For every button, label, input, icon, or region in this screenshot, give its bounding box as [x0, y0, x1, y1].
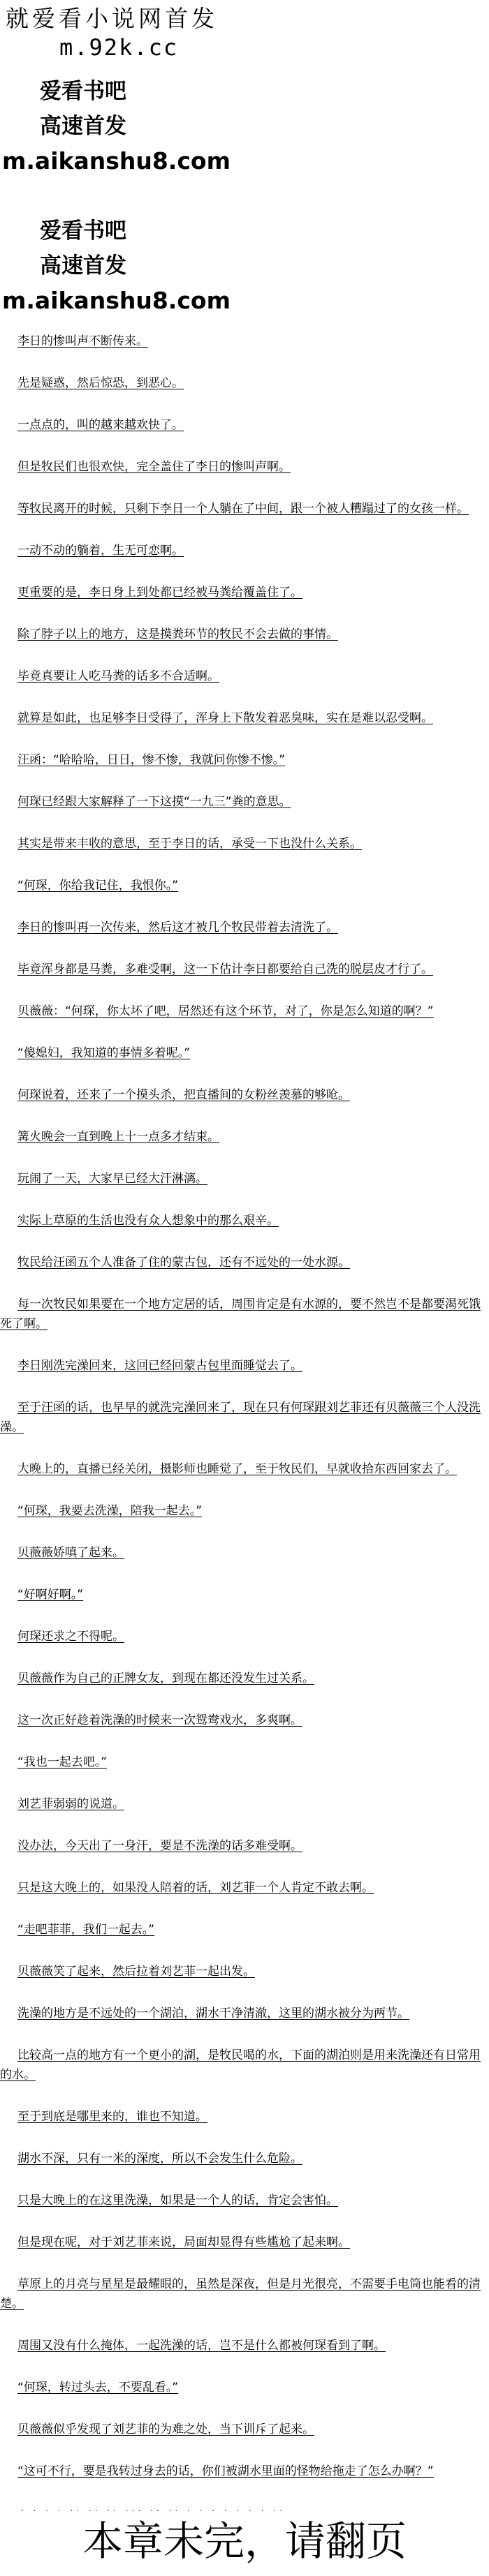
novel-paragraph: 没办法，今天出了一身汗，要是不洗澡的话多难受啊。 — [0, 1836, 489, 1856]
novel-paragraph: 只是这大晚上的，如果没人陪着的话，刘艺菲一个人肯定不敢去啊。 — [0, 1878, 489, 1898]
novel-paragraph: 先是疑惑，然后惊恐，到恶心。 — [0, 373, 489, 393]
novel-paragraph: 毕竟浑身都是马粪，多难受啊，这一下估计李日都要给自己洗的脱层皮才行了。 — [0, 960, 489, 979]
novel-paragraph: 贝薇薇娇嗔了起来。 — [0, 1543, 489, 1563]
novel-paragraph: 一点点的，叫的越来越欢快了。 — [0, 415, 489, 435]
novel-paragraph: 贝薇薇似乎发现了刘艺菲的为难之处，当下训斥了起来。 — [0, 2420, 489, 2439]
novel-paragraph: 贝薇薇：“何琛，你太坏了吧，居然还有这个环节，对了，你是怎么知道的啊？” — [0, 1002, 489, 1021]
novel-paragraph: 只是大晚上的在这里洗澡，如果是一个人的话，肯定会害怕。 — [0, 2191, 489, 2210]
novel-paragraph: “何琛，转过头去，不要乱看。” — [0, 2378, 489, 2397]
novel-paragraph: 汪函：“哈哈哈，日日，惨不惨，我就问你惨不惨。” — [0, 750, 489, 770]
novel-paragraph: 其实是带来丰收的意思，至于李日的话，承受一下也没什么关系。 — [0, 834, 489, 854]
novel-paragraph: “好啊好啊。” — [0, 1585, 489, 1605]
novel-paragraph: 贝薇薇作为自己的正牌女友，到现在都还没发生过关系。 — [0, 1669, 489, 1688]
novel-paragraph: 更重要的是，李日身上到处都已经被马粪给覆盖住了。 — [0, 583, 489, 602]
promo-url: m.aikanshu8.com — [2, 148, 489, 174]
novel-paragraph: 但是现在呢，对于刘艺菲来说，局面却显得有些尴尬了起来啊。 — [0, 2233, 489, 2252]
novel-paragraph: 但是牧民们也很欢快，完全盖住了李日的惨叫声啊。 — [0, 457, 489, 477]
promo-block-2: 爱看书吧 高速首发 m.aikanshu8.com — [0, 218, 489, 314]
novel-page: 就爱看小说网首发 m.92k.cc 爱看书吧 高速首发 m.aikanshu8.… — [0, 0, 489, 2576]
novel-paragraph: 李日的惨叫声不断传来。 — [0, 332, 489, 351]
promo-block-1: 爱看书吧 高速首发 m.aikanshu8.com — [0, 78, 489, 174]
novel-paragraph: 毕竟真要让人吃马粪的话多不合适啊。 — [0, 667, 489, 686]
site-watermark-url: m.92k.cc — [59, 33, 489, 61]
novel-paragraph: “何琛，你给我记住，我恨你。” — [0, 876, 489, 895]
novel-paragraph: “这可不行，要是我转过身去的话，你们被湖水里面的怪物给拖走了怎么办啊？” — [0, 2462, 489, 2481]
dotted-separator: . . . . .. .. .. ... .. .. . . . . . . .… — [21, 2503, 489, 2513]
novel-paragraph: 大晚上的，直播已经关闭，摄影师也睡觉了，至于牧民们，早就收拾东西回家去了。 — [0, 1459, 489, 1479]
promo-tagline: 高速首发 — [40, 253, 489, 279]
novel-paragraph: 至于到底是哪里来的，谁也不知道。 — [0, 2107, 489, 2127]
novel-paragraph: “傻媳妇，我知道的事情多着呢。” — [0, 1043, 489, 1063]
novel-paragraph: 李日刚洗完澡回来，这回已经回蒙古包里面睡觉去了。 — [0, 1356, 489, 1376]
novel-paragraph: “走吧菲菲，我们一起去。” — [0, 1920, 489, 1940]
novel-paragraph: 等牧民离开的时候，只剩下李日一个人躺在了中间，跟一个被人糟蹋过了的女孩一样。 — [0, 499, 489, 519]
promo-tagline: 高速首发 — [40, 113, 489, 140]
novel-paragraph: 草原上的月亮与星星是最耀眼的，虽然是深夜，但是月光很亮，不需要手电筒也能看的清楚… — [0, 2275, 489, 2314]
novel-paragraph: “何琛，我要去洗澡，陪我一起去。” — [0, 1501, 489, 1521]
promo-site-name: 爱看书吧 — [40, 78, 489, 105]
novel-paragraph: 何琛还求之不得呢。 — [0, 1627, 489, 1646]
novel-paragraph: 这一次正好趁着洗澡的时候来一次鸳鸯戏水，多爽啊。 — [0, 1711, 489, 1730]
novel-paragraph: 周围又没有什么掩体，一起洗澡的话，岂不是什么都被何琛看到了啊。 — [0, 2336, 489, 2355]
novel-paragraph: 比较高一点的地方有一个更小的湖，是牧民喝的水，下面的湖泊则是用来洗澡还有日常用的… — [0, 2046, 489, 2085]
novel-paragraph: 除了脖子以上的地方，这是摸粪环节的牧民不会去做的事情。 — [0, 625, 489, 644]
novel-paragraph: 湖水不深，只有一米的深度，所以不会发生什么危险。 — [0, 2149, 489, 2168]
site-watermark-title: 就爱看小说网首发 — [6, 6, 489, 33]
novel-paragraph: 李日的惨叫再一次传来，然后这才被几个牧民带着去清洗了。 — [0, 918, 489, 937]
novel-paragraph: 贝薇薇笑了起来，然后拉着刘艺菲一起出发。 — [0, 1962, 489, 1981]
novel-paragraph: 篝火晚会一直到晚上十一点多才结束。 — [0, 1127, 489, 1147]
novel-paragraph: 每一次牧民如果要在一个地方定居的话，周围肯定是有水源的，要不然岂不是都要渴死饿死… — [0, 1295, 489, 1334]
novel-paragraph: 一动不动的躺着，生无可恋啊。 — [0, 541, 489, 560]
chapter-unfinished-notice: 本章未完，请翻页 — [0, 2516, 489, 2566]
novel-paragraph: 洗澡的地方是不远处的一个湖泊，湖水干净清澈，这里的湖水被分为两节。 — [0, 2004, 489, 2023]
novel-paragraph: 牧民给汪函五个人准备了住的蒙古包，还有不远处的一处水源。 — [0, 1253, 489, 1272]
novel-paragraph: 至于汪函的话，也早早的就洗完澡回来了，现在只有何琛跟刘艺菲还有贝薇薇三个人没洗澡… — [0, 1398, 489, 1437]
promo-site-name: 爱看书吧 — [40, 218, 489, 244]
novel-paragraph: 实际上草原的生活也没有众人想象中的那么艰辛。 — [0, 1211, 489, 1230]
novel-paragraph: 刘艺菲弱弱的说道。 — [0, 1794, 489, 1814]
novel-paragraph: 何琛已经跟大家解释了一下这摸“一九三”粪的意思。 — [0, 792, 489, 812]
chapter-body: 李日的惨叫声不断传来。先是疑惑，然后惊恐，到恶心。一点点的，叫的越来越欢快了。但… — [0, 332, 489, 2481]
promo-url: m.aikanshu8.com — [2, 288, 489, 314]
novel-paragraph: 玩闹了一天，大家早已经大汗淋漓。 — [0, 1169, 489, 1189]
novel-paragraph: 就算是如此，也足够李日受得了，浑身上下散发着恶臭味，实在是难以忍受啊。 — [0, 708, 489, 728]
novel-paragraph: 何琛说着，还来了一个摸头杀，把直播间的女粉丝羡慕的够呛。 — [0, 1085, 489, 1105]
novel-paragraph: “我也一起去吧。” — [0, 1752, 489, 1772]
